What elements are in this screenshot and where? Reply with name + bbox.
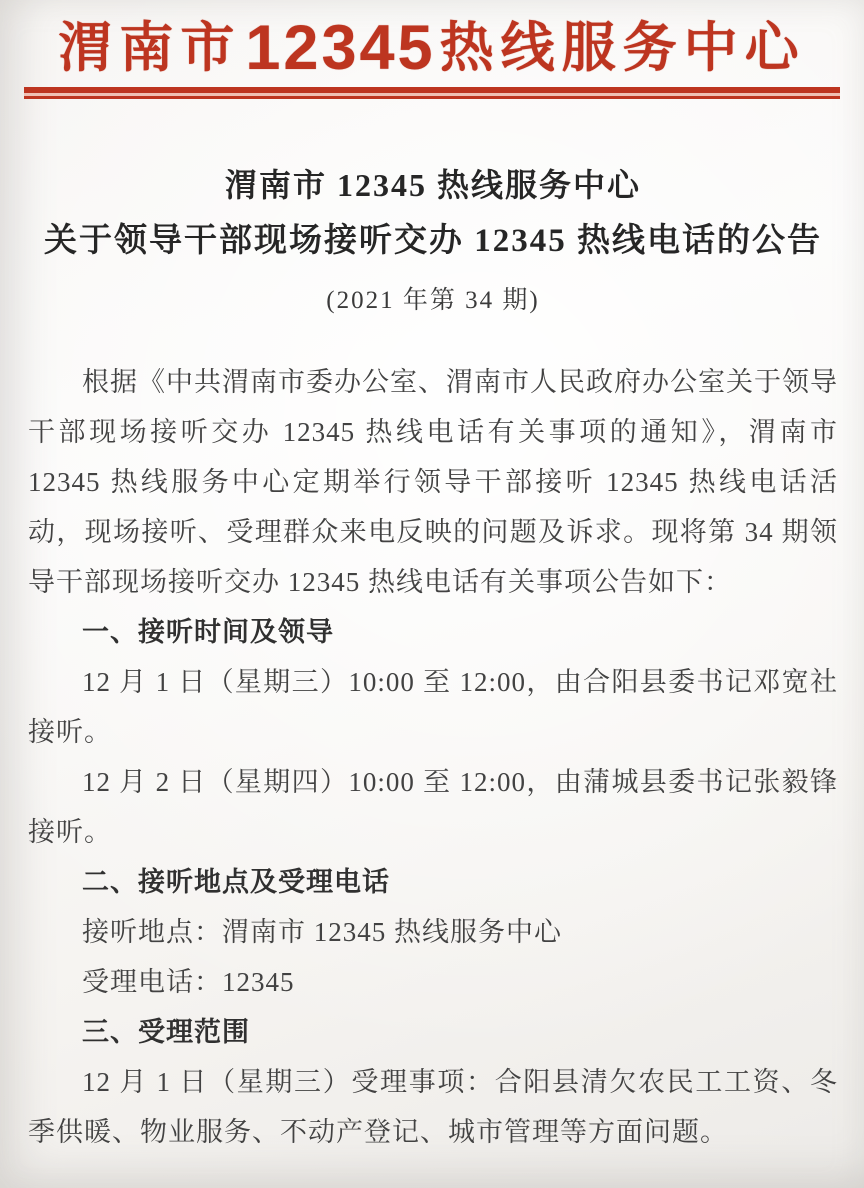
section-2-paragraph-1: 接听地点：渭南市 12345 热线服务中心 xyxy=(28,907,838,957)
document-title-line1: 渭南市 12345 热线服务中心 xyxy=(28,165,838,205)
section-3-heading: 三、受理范围 xyxy=(28,1007,838,1057)
section-1-paragraph-1: 12 月 1 日（星期三）10:00 至 12:00，由合阳县委书记邓宽社接听。 xyxy=(28,657,838,757)
letterhead-hotline-number: 12345 xyxy=(241,13,439,83)
announcement-body: 渭南市 12345 热线服务中心 关于领导干部现场接听交办 12345 热线电话… xyxy=(0,165,864,1157)
letterhead-banner: 渭南市12345热线服务中心 xyxy=(0,0,864,99)
section-1-paragraph-2: 12 月 2 日（星期四）10:00 至 12:00，由蒲城县委书记张毅锋接听。 xyxy=(28,757,838,857)
issue-number: (2021 年第 34 期) xyxy=(28,285,838,317)
section-2-heading: 二、接听地点及受理电话 xyxy=(28,857,838,907)
letterhead-org-right: 热线服务中心 xyxy=(440,18,806,78)
document-page: 渭南市12345热线服务中心 渭南市 12345 热线服务中心 关于领导干部现场… xyxy=(0,0,864,1188)
section-3-paragraph-1: 12 月 1 日（星期三）受理事项：合阳县清欠农民工工资、冬季供暖、物业服务、不… xyxy=(28,1057,838,1157)
section-2-paragraph-2: 受理电话：12345 xyxy=(28,957,838,1007)
intro-paragraph: 根据《中共渭南市委办公室、渭南市人民政府办公室关于领导干部现场接听交办 1234… xyxy=(28,357,838,607)
letterhead-double-rule xyxy=(24,87,840,99)
section-1-heading: 一、接听时间及领导 xyxy=(28,607,838,657)
letterhead-title: 渭南市12345热线服务中心 xyxy=(0,10,864,86)
letterhead-org-left: 渭南市 xyxy=(58,18,241,78)
document-title-line2: 关于领导干部现场接听交办 12345 热线电话的公告 xyxy=(28,220,838,262)
